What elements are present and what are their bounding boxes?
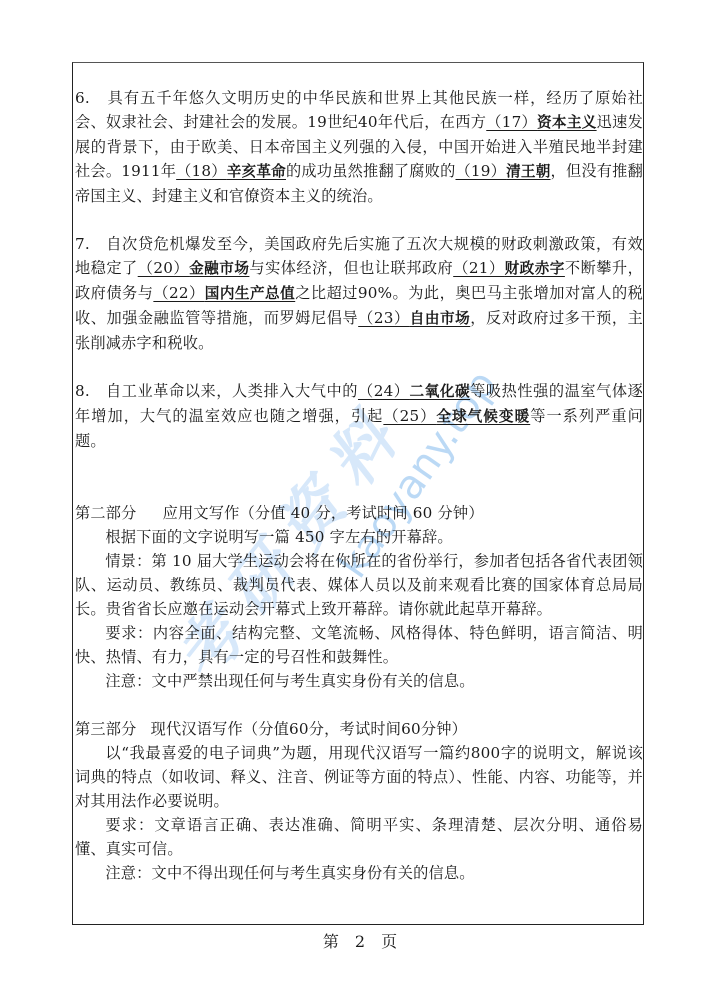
part2-heading: 第二部分应用文写作（分值 40 分，考试时间 60 分钟）: [75, 501, 643, 525]
section-title: 第二部分: [75, 504, 137, 522]
answer-blank-24: （24）二氧化碳: [358, 382, 470, 400]
answer-text: 自由市场: [410, 310, 471, 327]
question-text: 的成功虽然推翻了腐败的: [286, 162, 456, 180]
section-heading: 应用文写作（分值 40 分，考试时间 60 分钟）: [163, 504, 484, 522]
answer-text: 全球气候变暖: [436, 408, 530, 425]
question-8: 8. 自工业革命以来，人类排入大气中的（24）二氧化碳等吸热性强的温室气体逐年增…: [75, 379, 643, 453]
blank-number: （25）: [383, 407, 436, 425]
page-prefix: 第: [323, 932, 339, 951]
question-number: 7.: [75, 235, 90, 253]
blank-number: （20）: [138, 259, 189, 277]
answer-text: 清王朝: [506, 163, 550, 180]
question-7: 7. 自次贷危机爆发至今，美国政府先后实施了五次大规模的财政刺激政策，有效地稳定…: [75, 232, 643, 355]
section-heading: 现代汉语写作（分值60分，考试时间60分钟）: [151, 720, 467, 738]
question-number: 8.: [75, 382, 90, 400]
answer-text: 辛亥革命: [227, 163, 286, 180]
question-number: 6.: [75, 89, 90, 107]
answer-text: 二氧化碳: [410, 383, 471, 400]
answer-blank-23: （23）自由市场: [358, 309, 470, 327]
answer-blank-18: （18）辛亥革命: [176, 162, 286, 180]
answer-blank-17: （17）资本主义: [486, 113, 596, 131]
answer-text: 财政赤字: [505, 260, 565, 277]
answer-text: 资本主义: [537, 114, 597, 131]
part2-instruction: 根据下面的文字说明写一篇 450 字左右的开幕辞。: [75, 525, 643, 549]
question-6: 6. 具有五千年悠久文明历史的中华民族和世界上其他民族一样，经历了原始社会、奴隶…: [75, 86, 643, 208]
answer-blank-22: （22）国内生产总值: [153, 284, 295, 302]
section-title: 第三部分: [75, 720, 137, 738]
part3-requirements: 要求：文章语言正确、表达准确、简明平实、条理清楚、层次分明、通俗易懂、真实可信。: [75, 813, 643, 861]
blank-number: （17）: [486, 113, 537, 131]
blank-number: （21）: [453, 259, 504, 277]
document-body: 6. 具有五千年悠久文明历史的中华民族和世界上其他民族一样，经历了原始社会、奴隶…: [75, 86, 643, 885]
blank-number: （19）: [456, 162, 507, 180]
blank-number: （24）: [358, 382, 410, 400]
answer-blank-21: （21）财政赤字: [453, 259, 565, 277]
part2-note: 注意：文中严禁出现任何与考生真实身份有关的信息。: [75, 669, 643, 693]
answer-text: 金融市场: [189, 260, 249, 277]
question-text: 与实体经济，但也让联邦政府: [249, 259, 453, 277]
blank-number: （22）: [153, 284, 204, 302]
answer-blank-20: （20）金融市场: [138, 259, 250, 277]
blank-number: （23）: [358, 309, 410, 327]
page-suffix: 页: [381, 932, 397, 951]
part2-scenario: 情景：第 10 届大学生运动会将在你所在的省份举行，参加者包括各省代表团领队、运…: [75, 549, 643, 621]
answer-blank-25: （25）全球气候变暖: [383, 407, 530, 425]
answer-text: 国内生产总值: [205, 285, 295, 302]
part3-heading: 第三部分现代汉语写作（分值60分，考试时间60分钟）: [75, 717, 643, 741]
answer-blank-19: （19）清王朝: [456, 162, 551, 180]
part3-instruction: 以“我最喜爱的电子词典”为题，用现代汉语写一篇约800字的说明文，解说该词典的特…: [75, 741, 643, 813]
question-text: 自工业革命以来，人类排入大气中的: [106, 382, 358, 400]
part3-note: 注意：文中不得出现任何与考生真实身份有关的信息。: [75, 861, 643, 885]
page-number-footer: 第2页: [0, 929, 720, 952]
blank-number: （18）: [176, 162, 227, 180]
part2-requirements: 要求：内容全面、结构完整、文笔流畅、风格得体、特色鲜明，语言简洁、明快、热情、有…: [75, 621, 643, 669]
page-number: 2: [355, 932, 365, 951]
